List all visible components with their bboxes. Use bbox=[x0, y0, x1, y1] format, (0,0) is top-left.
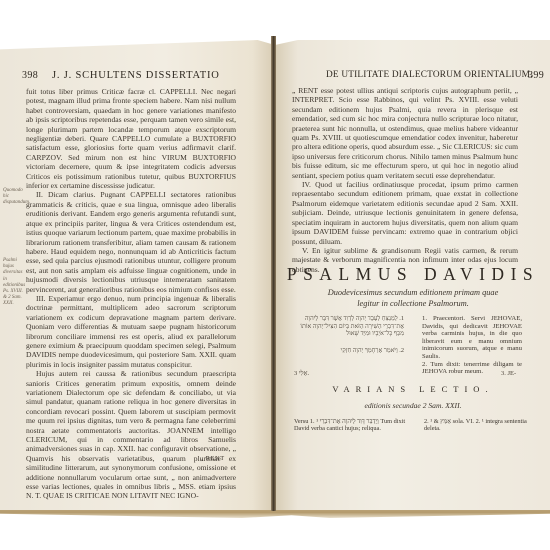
margin-note: Psalmi hujus diversitas in editionibus P… bbox=[3, 258, 25, 308]
psalm-subtitle: Duodevicesimus secundum editionem primam… bbox=[276, 288, 550, 309]
open-book: 398 J. J. SCHULTENS DISSERTATIO Quomodo … bbox=[0, 0, 550, 550]
paragraph: II. Dicam clarius. Pugnant CAPPELLI sect… bbox=[26, 190, 236, 293]
hebrew-verse: 2. וַיֹּאמַר אֶרְחָמְךָ יְהוָה חִזְקִי bbox=[292, 347, 404, 355]
body-text-right: „ RENT esse potest ullius antiqui script… bbox=[292, 86, 518, 274]
psalm-title: PSALMUS DAVIDIS bbox=[276, 264, 550, 285]
catchword-hebrew: אֵלִי 3. bbox=[294, 370, 309, 377]
right-page: DE UTILITATE DIALECTORUM ORIENTALIUM. 39… bbox=[276, 40, 550, 510]
body-text-left: fuit totus liber primus Criticæ facræ cl… bbox=[26, 87, 236, 501]
running-head-left: J. J. SCHULTENS DISSERTATIO bbox=[52, 70, 220, 81]
hebrew-verse: 1. לַמְנַצֵּחַ לְעֶבֶד יְהוָה לְדָוִד אֲ… bbox=[292, 315, 404, 338]
page-number-left: 398 bbox=[22, 70, 38, 81]
varians-lectio-heading: VARIANS LECTIO. bbox=[276, 384, 550, 394]
paragraph: „ RENT esse potest ullius antiqui script… bbox=[292, 86, 518, 180]
paragraph: III. Experiamur ergo denuo, num principi… bbox=[26, 294, 236, 369]
paragraph: Hujus autem rei caussa & rationibus secu… bbox=[26, 369, 236, 501]
latin-verse: 1. Praecentori. Servi JEHOVAE, Davidis, … bbox=[422, 315, 522, 361]
book-gutter bbox=[271, 36, 276, 511]
paragraph: fuit totus liber primus Criticæ facræ cl… bbox=[26, 87, 236, 190]
varians-lectio-subtitle: editionis secundae 2 Sam. XXII. bbox=[276, 401, 550, 410]
page-number-right: 399 bbox=[528, 70, 544, 81]
psalm-subtitle-line: legitur in collectione Psalmorum. bbox=[276, 299, 550, 310]
psalm-subtitle-line: Duodevicesimus secundum editionem primam… bbox=[276, 288, 550, 299]
variant-note-left: Versu 1. ¹ וַיְדַבֵּר דָּוִד לַיהוָה אֶת… bbox=[294, 418, 418, 433]
latin-translation-column: 1. Praecentori. Servi JEHOVAE, Davidis, … bbox=[422, 315, 522, 376]
catchword: „ RENT bbox=[200, 455, 225, 462]
catchword-latin: 3. JE- bbox=[501, 370, 516, 377]
left-page: 398 J. J. SCHULTENS DISSERTATIO Quomodo … bbox=[0, 40, 274, 510]
paragraph: IV. Quod ut facilius ordinatiusque proce… bbox=[292, 180, 518, 246]
hebrew-text-column: 1. לַמְנַצֵּחַ לְעֶבֶד יְהוָה לְדָוִד אֲ… bbox=[292, 315, 404, 354]
variant-note-right: 2. אַמֵּץ & ¹ sola. VI. 2. ¹ integra sen… bbox=[424, 418, 534, 433]
margin-note: Quomodo hic disputandum. bbox=[3, 188, 25, 207]
running-head-right: DE UTILITATE DIALECTORUM ORIENTALIUM. bbox=[326, 70, 533, 80]
